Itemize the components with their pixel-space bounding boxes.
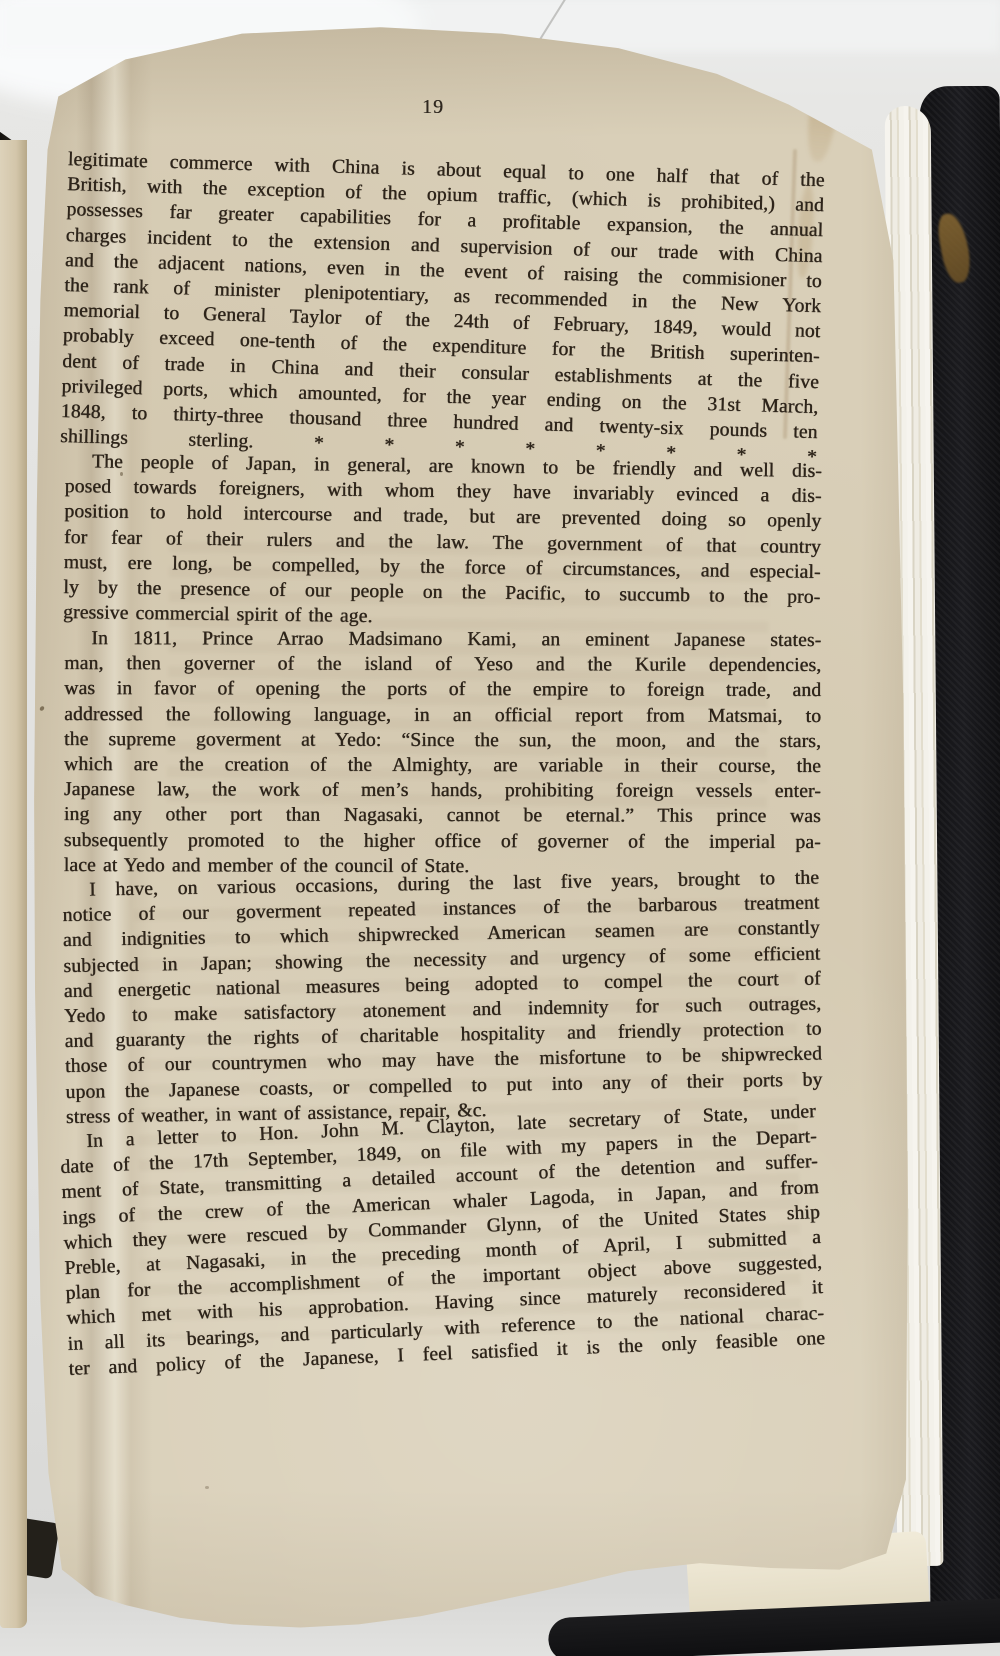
text-line: man, then governer of the island of Yeso… [64, 651, 821, 678]
paragraph: legitimate commerce with China is about … [60, 147, 825, 470]
pencil-mark [39, 705, 45, 711]
book-photo: 19 legitimate commerce with China is abo… [0, 0, 1000, 1656]
text-line: In 1811, Prince Arrao Madsimano Kami, an… [64, 626, 821, 653]
ink-speck [205, 1486, 209, 1489]
page-number: 19 [18, 96, 848, 119]
text-block: legitimate commerce with China is about … [64, 147, 821, 1382]
paragraph: In 1811, Prince Arrao Madsimano Kami, an… [64, 626, 822, 880]
text-line: Japanese law, the work of men’s hands, p… [64, 777, 821, 804]
book-page: 19 legitimate commerce with China is abo… [18, 24, 914, 1634]
text-line: subsequently promoted to the higher offi… [64, 827, 821, 854]
paragraph: In a letter to Hon. John M. Clayton, lat… [59, 1099, 826, 1382]
paragraph: I have, on various occasions, during the… [62, 865, 823, 1130]
page-edge-left [0, 140, 27, 1628]
text-line: which are the creation of the Almighty, … [64, 752, 821, 779]
text-line: the supreme goverment at Yedo: “Since th… [64, 727, 821, 754]
paragraph: The people of Japan, in general, are kno… [63, 449, 822, 635]
text-line: was in favor of opening the ports of the… [64, 676, 821, 703]
text-line: addressed the following language, in an … [64, 701, 821, 728]
text-line: ing any other port than Nagasaki, cannot… [64, 802, 821, 829]
